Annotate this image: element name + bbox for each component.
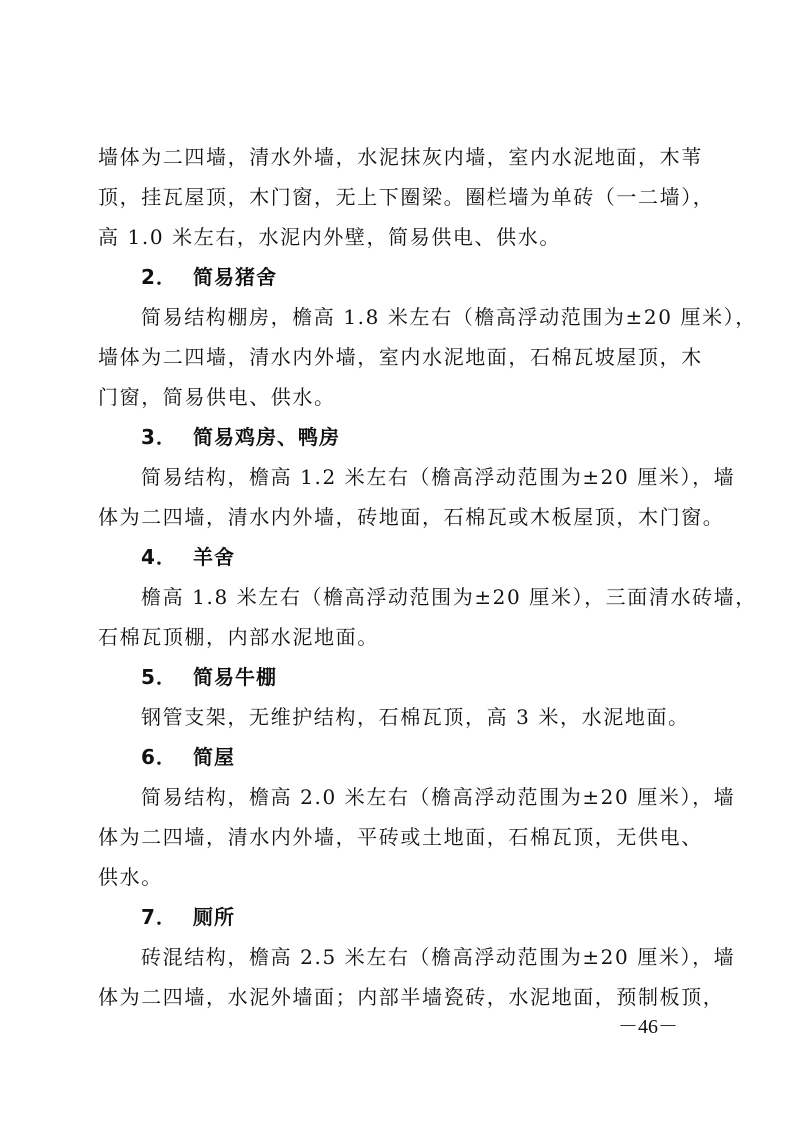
section-number: 7． [141,897,193,937]
paragraph-line: 体为二四墙，清水内外墙，砖地面，石棉瓦或木板屋顶，木门窗。 [98,497,698,537]
paragraph-line: 石棉瓦顶棚，内部水泥地面。 [98,617,698,657]
section-title: 厕所 [193,905,235,929]
paragraph-line: 墙体为二四墙，清水内外墙，室内水泥地面，石棉瓦坡屋顶，木 [98,337,698,377]
paragraph-line: 体为二四墙，水泥外墙面；内部半墙瓷砖，水泥地面，预制板顶， [98,977,698,1017]
section-heading-4: 4．羊舍 [98,537,698,577]
paragraph-line: 供水。 [98,857,698,897]
section-number: 4． [141,537,193,577]
paragraph-line: 墙体为二四墙，清水外墙，水泥抹灰内墙，室内水泥地面，木苇 [98,137,698,177]
section-heading-2: 2．简易猪舍 [98,257,698,297]
paragraph-line: 简易结构棚房，檐高 1.8 米左右（檐高浮动范围为±20 厘米）， [98,297,698,337]
paragraph-line: 砖混结构，檐高 2.5 米左右（檐高浮动范围为±20 厘米），墙 [98,937,698,977]
section-number: 3． [141,417,193,457]
section-number: 5． [141,657,193,697]
section-heading-6: 6．简屋 [98,737,698,777]
page-number: －46－ [618,1012,678,1042]
paragraph-line: 门窗，简易供电、供水。 [98,377,698,417]
section-title: 羊舍 [193,545,235,569]
document-page: 墙体为二四墙，清水外墙，水泥抹灰内墙，室内水泥地面，木苇 顶，挂瓦屋顶，木门窗，… [98,137,698,1017]
section-title: 简屋 [193,745,235,769]
section-number: 6． [141,737,193,777]
section-heading-7: 7．厕所 [98,897,698,937]
section-heading-5: 5．简易牛棚 [98,657,698,697]
section-title: 简易牛棚 [193,665,277,689]
paragraph-line: 钢管支架，无维护结构，石棉瓦顶，高 3 米，水泥地面。 [98,697,698,737]
paragraph-line: 高 1.0 米左右，水泥内外壁，简易供电、供水。 [98,217,698,257]
section-title: 简易鸡房、鸭房 [193,425,340,449]
paragraph-line: 顶，挂瓦屋顶，木门窗，无上下圈梁。圈栏墙为单砖（一二墙）， [98,177,698,217]
paragraph-line: 檐高 1.8 米左右（檐高浮动范围为±20 厘米），三面清水砖墙， [98,577,698,617]
section-title: 简易猪舍 [193,265,277,289]
paragraph-line: 简易结构，檐高 2.0 米左右（檐高浮动范围为±20 厘米），墙 [98,777,698,817]
section-heading-3: 3．简易鸡房、鸭房 [98,417,698,457]
paragraph-line: 简易结构，檐高 1.2 米左右（檐高浮动范围为±20 厘米），墙 [98,457,698,497]
section-number: 2． [141,257,193,297]
paragraph-line: 体为二四墙，清水内外墙，平砖或土地面，石棉瓦顶，无供电、 [98,817,698,857]
